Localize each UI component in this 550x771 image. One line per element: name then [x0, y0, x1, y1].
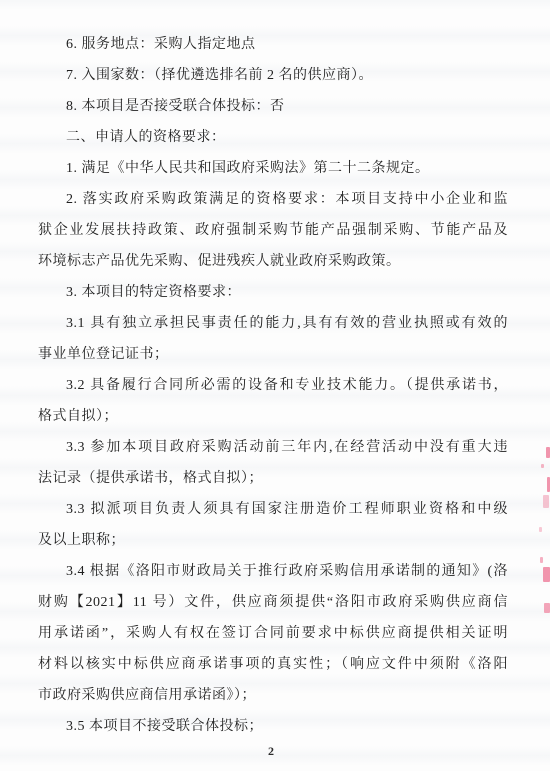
doc-line: 3.4 根据《洛阳市财政局关于推行政府采购信用承诺制的通知》(洛	[38, 556, 508, 587]
doc-line: 环境标志产品优先采购、促进残疾人就业政府采购政策。	[38, 246, 508, 277]
doc-line: 事业单位登记证书；	[38, 339, 508, 370]
doc-line: 3.3 参加本项目政府采购活动前三年内,在经营活动中没有重大违	[38, 432, 508, 463]
doc-line: 8. 本项目是否接受联合体投标：否	[38, 91, 508, 122]
scan-artifact	[546, 447, 550, 458]
doc-line: 3.1 具有独立承担民事责任的能力,具有有效的营业执照或有效的	[38, 308, 508, 339]
doc-line: 6. 服务地点：采购人指定地点	[38, 29, 508, 60]
doc-line: 市政府采购供应商信用承诺函》）；	[38, 680, 508, 711]
document-body: 6. 服务地点：采购人指定地点 7. 入围家数：（择优遴选排名前 2 名的供应商…	[38, 29, 508, 742]
doc-line: 3.3 拟派项目负责人须具有国家注册造价工程师职业资格和中级	[38, 494, 508, 525]
scan-artifact	[543, 567, 550, 582]
doc-line: 2. 落实政府采购政策满足的资格要求：本项目支持中小企业和监	[38, 184, 508, 215]
doc-line: 及以上职称；	[38, 525, 508, 556]
doc-line: 财购【2021】11 号）文件，供应商须提供“洛阳市政府采购供应商信	[38, 587, 508, 618]
doc-line: 3.2 具备履行合同所必需的设备和专业技术能力。（提供承诺书，	[38, 370, 508, 401]
scanned-document-page: 6. 服务地点：采购人指定地点 7. 入围家数：（择优遴选排名前 2 名的供应商…	[0, 0, 550, 771]
doc-line: 3.5 本项目不接受联合体投标；	[38, 711, 508, 742]
doc-line: 7. 入围家数：（择优遴选排名前 2 名的供应商）。	[38, 60, 508, 91]
doc-line: 3. 本项目的特定资格要求：	[38, 277, 508, 308]
page-number: 2	[0, 744, 542, 759]
scan-artifact	[539, 527, 542, 532]
doc-line: 法记录（提供承诺书，格式自拟）；	[38, 463, 508, 494]
scan-artifact	[544, 603, 550, 613]
doc-line: 材料以核实中标供应商承诺事项的真实性；（响应文件中须附《洛阳	[38, 649, 508, 680]
doc-section-heading: 二、申请人的资格要求：	[38, 122, 508, 153]
scan-artifact	[540, 557, 543, 563]
doc-line: 格式自拟）；	[38, 401, 508, 432]
doc-line: 狱企业发展扶持政策、政府强制采购节能产品强制采购、节能产品及	[38, 215, 508, 246]
scan-artifact	[543, 495, 549, 508]
doc-line: 用承诺函”，采购人有权在签订合同前要求中标供应商提供相关证明	[38, 618, 508, 649]
scan-artifact	[541, 464, 544, 468]
doc-line: 1. 满足《中华人民共和国政府采购法》第二十二条规定。	[38, 153, 508, 184]
